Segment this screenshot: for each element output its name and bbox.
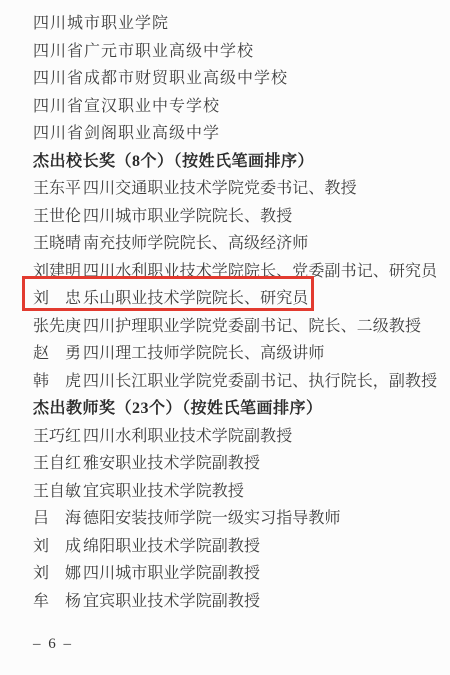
awardee-institution: 四川城市职业学院院长、教授 [83, 203, 292, 226]
awardee-name: 王自敏 [33, 478, 83, 501]
awardee-name: 刘 娜 [33, 560, 83, 583]
awardee-institution: 四川城市职业学院副教授 [83, 560, 260, 583]
school-list-item: 四川省宣汉职业中专学校 [0, 91, 450, 119]
award-entry: 吕 海 德阳安装技师学院一级实习指导教师 [0, 503, 450, 531]
awardee-name: 赵 勇 [33, 340, 83, 363]
awardee-institution: 四川护理职业学院党委副书记、院长、二级教授 [83, 313, 421, 336]
awardee-institution: 雅安职业技术学院副教授 [83, 450, 260, 473]
award-entry: 牟 杨 宜宾职业技术学院副教授 [0, 586, 450, 614]
award-entry: 王晓晴 南充技师学院院长、高级经济师 [0, 228, 450, 256]
awardee-institution: 四川水利职业技术学院副教授 [83, 423, 292, 446]
award-entry: 刘建明 四川水利职业技术学院院长、党委副书记、研究员 [0, 256, 450, 284]
award-entry: 刘 成 绵阳职业技术学院副教授 [0, 531, 450, 559]
awardee-name: 张先庚 [33, 313, 83, 336]
awardee-name: 王世伦 [33, 203, 83, 226]
awardee-name: 吕 海 [33, 505, 83, 528]
school-list-item: 四川省广元市职业高级中学校 [0, 36, 450, 64]
award-entry: 张先庚 四川护理职业学院党委副书记、院长、二级教授 [0, 311, 450, 339]
award-entry: 王世伦 四川城市职业学院院长、教授 [0, 201, 450, 229]
awardee-institution: 宜宾职业技术学院教授 [83, 478, 244, 501]
awardee-name: 牟 杨 [33, 588, 83, 611]
awardee-institution: 绵阳职业技术学院副教授 [83, 533, 260, 556]
scanned-document-page: 四川城市职业学院 四川省广元市职业高级中学校 四川省成都市财贸职业高级中学校 四… [0, 0, 450, 675]
awardee-name: 韩 虎 [33, 368, 83, 391]
award-entry: 刘 娜 四川城市职业学院副教授 [0, 558, 450, 586]
school-list-item: 四川城市职业学院 [0, 8, 450, 36]
award-entry: 韩 虎 四川长江职业学院党委副书记、执行院长，副教授 [0, 366, 450, 394]
awardee-institution: 乐山职业技术学院院长、研究员 [83, 285, 308, 308]
awardee-name: 刘建明 [33, 258, 83, 281]
page-number: – 6 – [33, 636, 73, 653]
award-entry: 赵 勇 四川理工技师学院院长、高级讲师 [0, 338, 450, 366]
awardee-name: 刘 忠 [33, 285, 83, 308]
award-entry: 王东平 四川交通职业技术学院党委书记、教授 [0, 173, 450, 201]
award-entry-highlighted: 刘 忠 乐山职业技术学院院长、研究员 [0, 283, 450, 311]
awardee-institution: 宜宾职业技术学院副教授 [83, 588, 260, 611]
awardee-institution: 四川交通职业技术学院党委书记、教授 [83, 175, 357, 198]
awardee-institution: 德阳安装技师学院一级实习指导教师 [83, 505, 341, 528]
awardee-institution: 四川理工技师学院院长、高级讲师 [83, 340, 325, 363]
school-list-item: 四川省成都市财贸职业高级中学校 [0, 63, 450, 91]
awardee-name: 王东平 [33, 175, 83, 198]
section-heading-principal-award: 杰出校长奖（8个）（按姓氏笔画排序） [0, 146, 450, 174]
awardee-institution: 四川水利职业技术学院院长、党委副书记、研究员 [83, 258, 437, 281]
award-entry: 王巧红 四川水利职业技术学院副教授 [0, 421, 450, 449]
school-list-item: 四川省剑阁职业高级中学 [0, 118, 450, 146]
awardee-institution: 南充技师学院院长、高级经济师 [83, 230, 308, 253]
awardee-name: 刘 成 [33, 533, 83, 556]
awardee-name: 王巧红 [33, 423, 83, 446]
award-entry: 王自红 雅安职业技术学院副教授 [0, 448, 450, 476]
award-entry: 王自敏 宜宾职业技术学院教授 [0, 476, 450, 504]
section-heading-teacher-award: 杰出教师奖（23个）（按姓氏笔画排序） [0, 393, 450, 421]
awardee-institution: 四川长江职业学院党委副书记、执行院长，副教授 [83, 368, 437, 391]
awardee-name: 王晓晴 [33, 230, 83, 253]
awardee-name: 王自红 [33, 450, 83, 473]
